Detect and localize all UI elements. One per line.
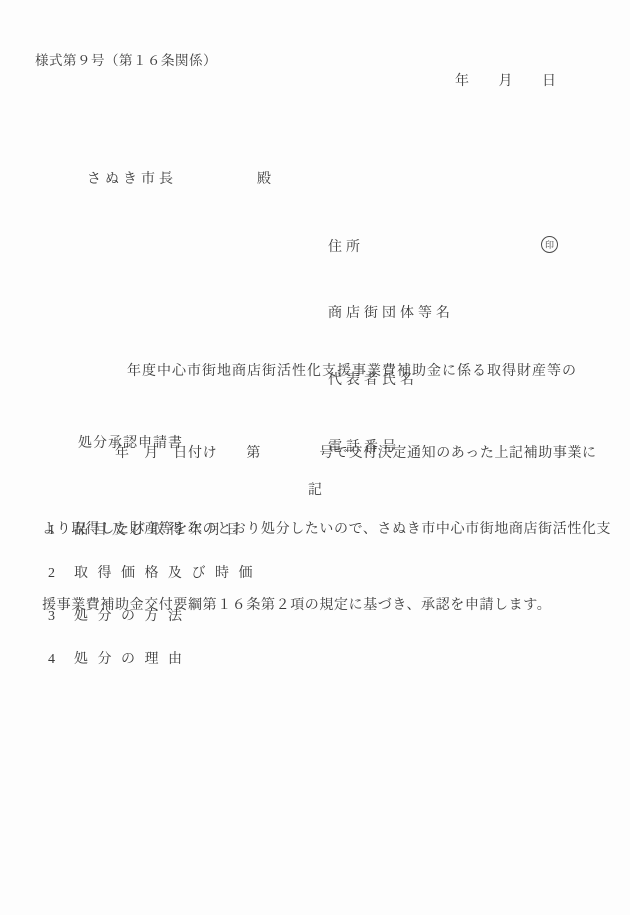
document-title-line1: 年度中心市街地商店街活性化支援事業費補助金に係る取得財産等の (78, 360, 577, 384)
list-item-label: 処分の理由 (74, 648, 192, 668)
recipient-line: さぬき市長殿 (57, 152, 275, 204)
body-paragraph-line1: 年 月 日付け 第 号で交付決定通知のあった上記補助事業に (42, 441, 602, 466)
recipient-name: さぬき市長 (87, 172, 177, 187)
list-item-number: 2 (48, 566, 74, 582)
recipient-honorific: 殿 (257, 172, 275, 187)
ki-heading: 記 (0, 479, 630, 499)
list-item-label: 処分の方法 (74, 605, 192, 625)
document-page: 様式第９号（第１６条関係） 年 月 日 さぬき市長殿 住所 商店街団体等名 代表… (0, 0, 630, 915)
list-item-label: 品目及び取得年月日 (74, 519, 245, 539)
seal-icon: 印 (541, 236, 558, 253)
list-item: 2 取得価格及び時価 (48, 562, 262, 582)
list-item: 1 品目及び取得年月日 (48, 519, 245, 539)
list-item: 4 処分の理由 (48, 648, 192, 668)
applicant-address-label: 住所 (328, 237, 454, 259)
list-item-label: 取得価格及び時価 (74, 562, 262, 582)
list-item: 3 処分の方法 (48, 605, 192, 625)
list-item-number: 1 (48, 523, 74, 539)
form-number: 様式第９号（第１６条関係） (35, 49, 217, 69)
list-item-number: 3 (48, 609, 74, 625)
list-item-number: 4 (48, 652, 74, 668)
date-line: 年 月 日 (455, 70, 557, 90)
